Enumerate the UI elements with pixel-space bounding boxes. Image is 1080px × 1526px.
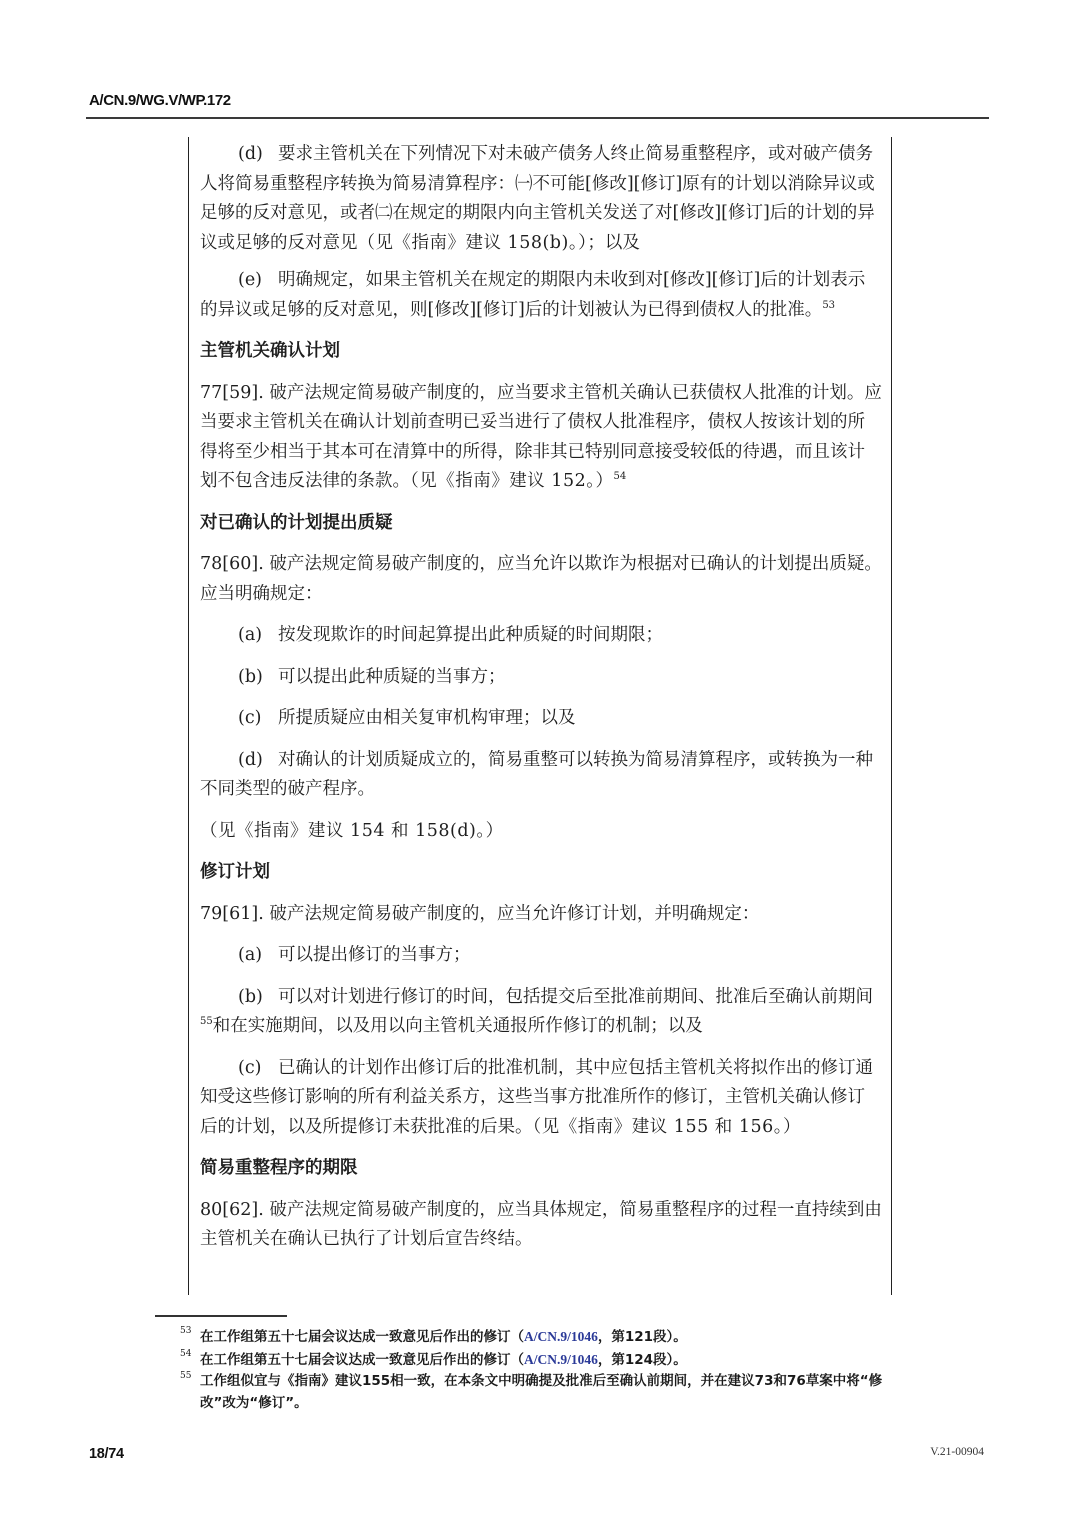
footnote-separator [155,1315,287,1317]
item-text: 可以提出修订的当事方； [278,945,471,965]
footnotes: 53在工作组第五十七届会议达成一致意见后作出的修订（A/CN.9/1046，第1… [180,1326,900,1414]
para-text: 破产法规定简易破产制度的，应当允许以欺诈为根据对已确认的计划提出质疑。应当明确规… [200,554,882,604]
item-label: (d) [238,746,278,776]
para-79: 79[61]. 破产法规定简易破产制度的，应当允许修订计划，并明确规定： [200,900,882,930]
para-80: 80[62]. 破产法规定简易破产制度的，应当具体规定，简易重整程序的过程一直持… [200,1196,882,1255]
item-d-rec76: (d)要求主管机关在下列情况下对未破产债务人终止简易重整程序，或对破产债务人将简… [200,140,882,258]
footnote-text-end: ，第121段）。 [598,1329,687,1345]
job-number: V.21-00904 [930,1446,984,1458]
footnote-text: 工作组似宜与《指南》建议155相一致，在本条文中明确提及批准后至确认前期间，并在… [200,1373,882,1411]
item-label: (b) [238,663,278,693]
para-number: 80[62]. [200,1200,264,1220]
item-text: 明确规定，如果主管机关在规定的期限内未收到对[修改][修订]后的计划表示的异议或… [200,270,865,320]
challenge-item-c: (c)所提质疑应由相关复审机构审理；以及 [200,704,882,734]
heading-challenge: 对已确认的计划提出质疑 [200,509,882,539]
page-number: 18/74 [89,1446,124,1462]
heading-amend: 修订计划 [200,858,882,888]
para-text: 破产法规定简易破产制度的，应当具体规定，简易重整程序的过程一直持续到由主管机关在… [200,1200,882,1250]
item-label: (c) [238,1054,278,1084]
guide-reference: （见《指南》建议 155 和 156。） [533,1117,802,1137]
challenge-item-a: (a)按发现欺诈的时间起算提出此种质疑的时间期限； [200,621,882,651]
guide-reference-154-158d: （见《指南》建议 154 和 158(d)。） [200,817,882,847]
footnote-53: 53在工作组第五十七届会议达成一致意见后作出的修订（A/CN.9/1046，第1… [180,1326,900,1349]
document-link[interactable]: A/CN.9/1046 [524,1352,598,1367]
item-label: (e) [238,266,278,296]
para-number: 78[60]. [200,554,264,574]
item-text: 对确认的计划质疑成立的，简易重整可以转换为简易清算程序，或转换为一种不同类型的破… [200,750,873,800]
item-tail: ；以及 [587,233,640,253]
para-text: 破产法规定简易破产制度的，应当允许修订计划，并明确规定： [269,904,759,924]
item-e-rec76: (e)明确规定，如果主管机关在规定的期限内未收到对[修改][修订]后的计划表示的… [200,266,882,325]
footnote-ref-54[interactable]: 54 [613,471,626,482]
footnote-55: 55工作组似宜与《指南》建议155相一致，在本条文中明确提及批准后至确认前期间，… [180,1371,900,1414]
para-78: 78[60]. 破产法规定简易破产制度的，应当允许以欺诈为根据对已确认的计划提出… [200,550,882,609]
challenge-item-d: (d)对确认的计划质疑成立的，简易重整可以转换为简易清算程序，或转换为一种不同类… [200,746,882,805]
item-label: (a) [238,621,278,651]
item-text-continued: 和在实施期间，以及用以向主管机关通报所作修订的机制；以及 [213,1016,703,1036]
footnote-ref-55[interactable]: 55 [200,1016,213,1027]
amend-item-a: (a)可以提出修订的当事方； [200,941,882,971]
document-link[interactable]: A/CN.9/1046 [524,1329,598,1344]
item-text: 可以对计划进行修订的时间，包括提交后至批准前期间、批准后至确认前期间 [278,987,873,1007]
main-content: (d)要求主管机关在下列情况下对未破产债务人终止简易重整程序，或对破产债务人将简… [200,140,882,1255]
amend-item-b: (b)可以对计划进行修订的时间，包括提交后至批准前期间、批准后至确认前期间55和… [200,983,882,1042]
footnote-number: 54 [180,1344,191,1366]
heading-confirmation: 主管机关确认计划 [200,337,882,367]
para-number: 77[59]. [200,383,264,403]
footnote-text-end: ，第124段）。 [598,1352,687,1368]
para-number: 79[61]. [200,904,264,924]
item-label: (b) [238,983,278,1013]
amend-item-c: (c)已确认的计划作出修订后的批准机制，其中应包括主管机关将拟作出的修订通知受这… [200,1054,882,1143]
para-77: 77[59]. 破产法规定简易破产制度的，应当要求主管机关确认已获债权人批准的计… [200,379,882,497]
document-symbol: A/CN.9/WG.V/WP.172 [89,92,231,109]
footnote-54: 54在工作组第五十七届会议达成一致意见后作出的修订（A/CN.9/1046，第1… [180,1349,900,1372]
guide-reference: （见《指南》建议 152。） [410,471,613,491]
item-label: (c) [238,704,278,734]
item-text: 所提质疑应由相关复审机构审理；以及 [278,708,576,728]
heading-duration: 简易重整程序的期限 [200,1154,882,1184]
guide-reference: （见《指南》建议 158(b)。） [358,233,588,253]
item-text: 按发现欺诈的时间起算提出此种质疑的时间期限； [278,625,663,645]
header-rule [86,117,989,119]
footnote-number: 53 [180,1321,191,1343]
item-label: (d) [238,140,278,170]
footnote-text: 在工作组第五十七届会议达成一致意见后作出的修订（ [200,1329,524,1345]
item-text: 可以提出此种质疑的当事方； [278,667,506,687]
item-label: (a) [238,941,278,971]
footnote-ref-53[interactable]: 53 [822,300,835,311]
challenge-item-b: (b)可以提出此种质疑的当事方； [200,663,882,693]
footnote-text: 在工作组第五十七届会议达成一致意见后作出的修订（ [200,1352,524,1368]
footnote-number: 55 [180,1366,191,1388]
